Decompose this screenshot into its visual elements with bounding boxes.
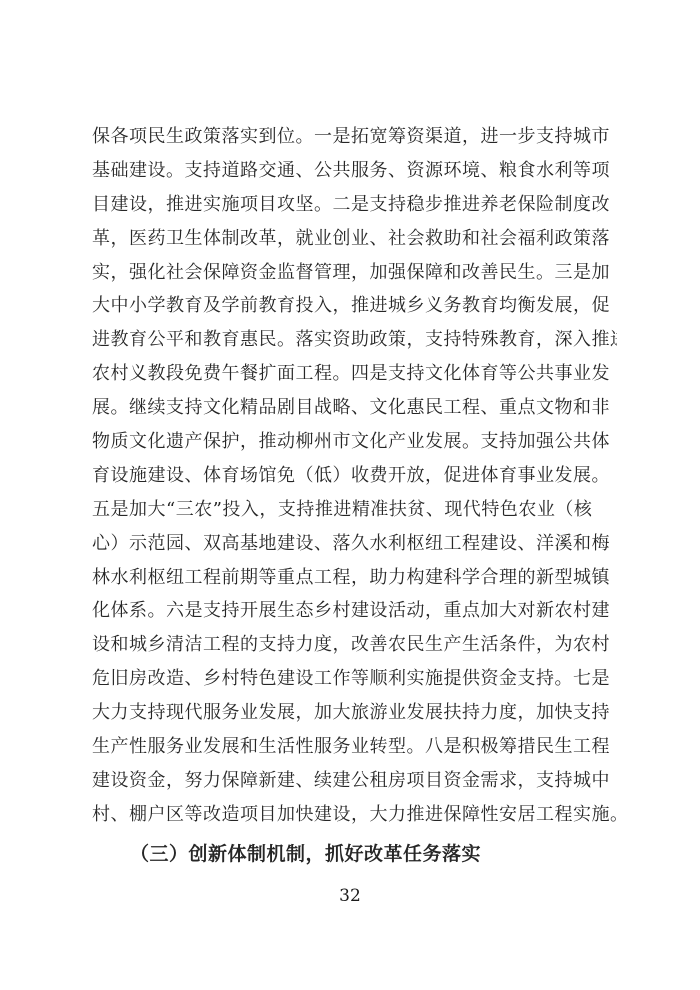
text-line-11: 育设施建设、体育场馆免（低）收费开放，促进体育事业发展。 — [92, 459, 617, 493]
text-line-18: 大力支持现代服务业发展，加大旅游业发展扶持力度，加快支持 — [92, 696, 617, 730]
section-heading: （三）创新体制机制，抓好改革任务落实 — [92, 839, 617, 869]
text-line-4: 革，医药卫生体制改革，就业创业、社会救助和社会福利政策落 — [92, 222, 617, 256]
text-line-12: 五是加大“三农”投入，支持推进精准扶贫、现代特色农业（核 — [92, 493, 617, 527]
text-line-3: 目建设，推进实施项目攻坚。二是支持稳步推进养老保险制度改 — [92, 188, 617, 222]
page-number: 32 — [0, 886, 700, 906]
text-line-16: 设和城乡清洁工程的支持力度，改善农民生产生活条件，为农村 — [92, 628, 617, 662]
document-page: 保各项民生政策落实到位。一是拓宽筹资渠道，进一步支持城市基础建设。支持道路交通、… — [0, 0, 700, 990]
text-line-6: 大中小学教育及学前教育投入，推进城乡义务教育均衡发展，促 — [92, 289, 617, 323]
text-line-10: 物质文化遗产保护，推动柳州市文化产业发展。支持加强公共体 — [92, 425, 617, 459]
text-line-19: 生产性服务业发展和生活性服务业转型。八是积极筹措民生工程 — [92, 730, 617, 764]
text-line-14: 林水利枢纽工程前期等重点工程，助力构建科学合理的新型城镇 — [92, 561, 617, 595]
text-line-1: 保各项民生政策落实到位。一是拓宽筹资渠道，进一步支持城市 — [92, 120, 617, 154]
body-text: 保各项民生政策落实到位。一是拓宽筹资渠道，进一步支持城市基础建设。支持道路交通、… — [92, 120, 617, 869]
text-line-7: 进教育公平和教育惠民。落实资助政策，支持特殊教育，深入推进 — [92, 323, 617, 357]
text-line-5: 实，强化社会保障资金监督管理，加强保障和改善民生。三是加 — [92, 256, 617, 290]
text-line-13: 心）示范园、双高基地建设、落久水利枢纽工程建设、洋溪和梅 — [92, 527, 617, 561]
text-line-15: 化体系。六是支持开展生态乡村建设活动，重点加大对新农村建 — [92, 594, 617, 628]
text-line-21: 村、棚户区等改造项目加快建设，大力推进保障性安居工程实施。 — [92, 798, 617, 832]
text-line-8: 农村义教段免费午餐扩面工程。四是支持文化体育等公共事业发 — [92, 357, 617, 391]
text-line-20: 建设资金，努力保障新建、续建公租房项目资金需求，支持城中 — [92, 764, 617, 798]
text-line-9: 展。继续支持文化精品剧目战略、文化惠民工程、重点文物和非 — [92, 391, 617, 425]
text-line-2: 基础建设。支持道路交通、公共服务、资源环境、粮食水利等项 — [92, 154, 617, 188]
text-line-17: 危旧房改造、乡村特色建设工作等顺利实施提供资金支持。七是 — [92, 662, 617, 696]
